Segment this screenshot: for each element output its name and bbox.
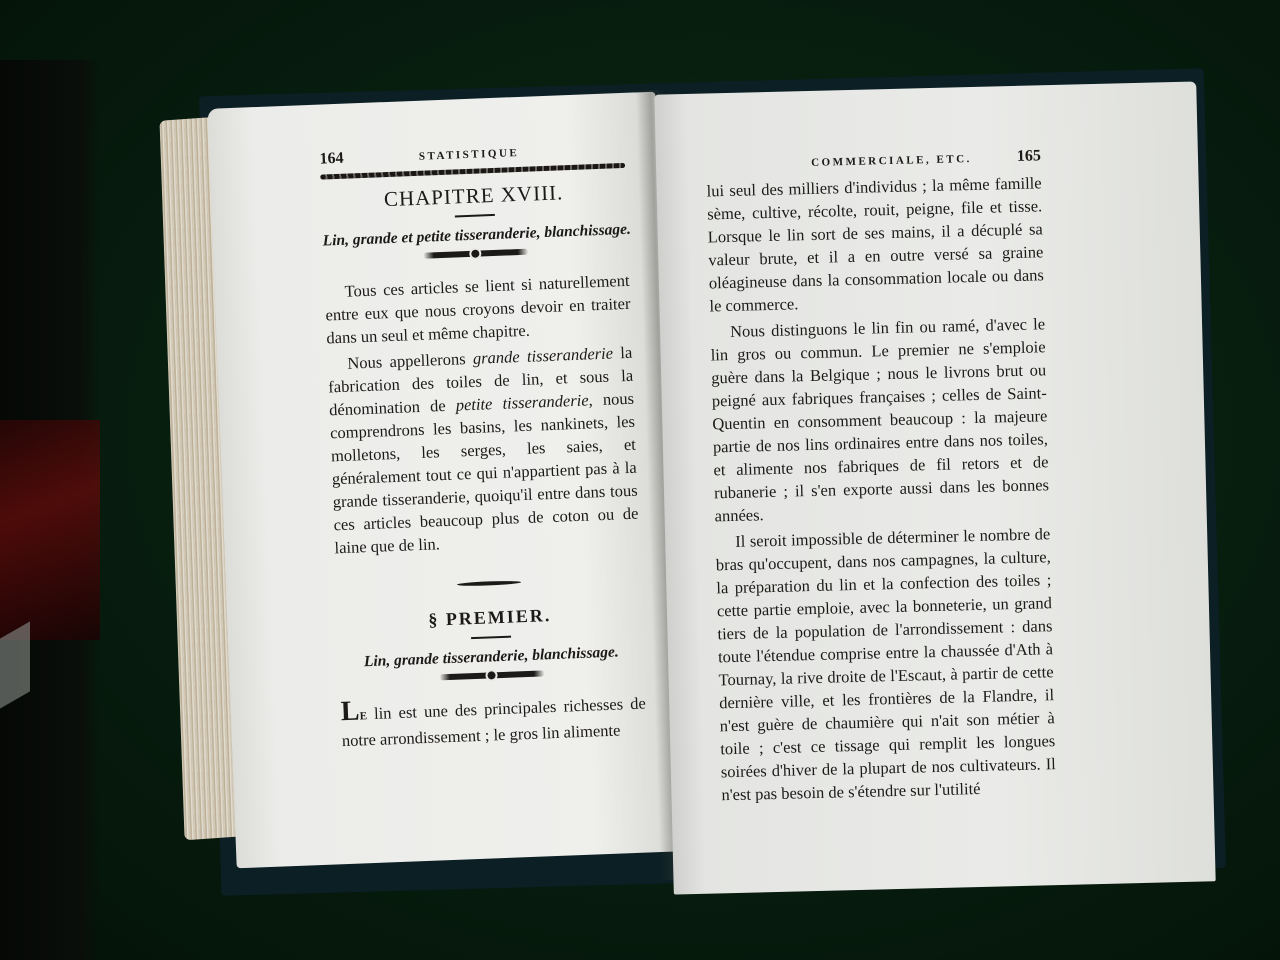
paragraph-1: Tous ces articles se lient si naturellem… xyxy=(324,269,631,350)
short-rule xyxy=(471,636,511,640)
chapter-subtitle: Lin, grande et petite tisseranderie, bla… xyxy=(322,221,627,251)
section-heading: § PREMIER. xyxy=(337,602,643,635)
text-run: Nous appellerons xyxy=(347,349,473,373)
section-subtitle: Lin, grande tisseranderie, blanchissage. xyxy=(339,643,644,673)
spacer xyxy=(706,167,766,168)
italic-term: grande tisseranderie xyxy=(473,344,614,368)
paragraph-2: Nous distinguons le lin fin ou ramé, d'a… xyxy=(710,312,1050,527)
chapter-title: CHAPITRE XVIII. xyxy=(321,178,627,215)
paragraph-2: Nous appellerons grande tisseranderie la… xyxy=(327,341,640,560)
vignette-ornament xyxy=(423,249,528,259)
text-run: lin est une des principales richesses de… xyxy=(342,694,647,751)
running-head-title-right: COMMERCIALE, ETC. xyxy=(811,153,972,169)
spacer xyxy=(595,152,625,153)
short-rule xyxy=(454,214,494,218)
paragraph-1: lui seul des milliers d'individus ; la m… xyxy=(706,171,1044,317)
page-number-left: 164 xyxy=(319,150,344,169)
right-running-head: COMMERCIALE, ETC. 165 xyxy=(706,147,1041,173)
left-page-text-block: 164 STATISTIQUE CHAPITRE XVIII. Lin, gra… xyxy=(319,139,647,755)
running-head-title-left: STATISTIQUE xyxy=(419,147,520,163)
left-page: 164 STATISTIQUE CHAPITRE XVIII. Lin, gra… xyxy=(208,92,685,869)
italic-term: petite tisseranderie xyxy=(455,390,589,414)
right-page-text-block: COMMERCIALE, ETC. 165 lui seul des milli… xyxy=(706,147,1057,809)
paragraph-3: LE lin est une des principales richesses… xyxy=(340,691,647,753)
red-object-background xyxy=(0,420,100,640)
vignette-ornament xyxy=(439,670,544,680)
right-page: COMMERCIALE, ETC. 165 lui seul des milli… xyxy=(654,81,1215,894)
drop-cap: L xyxy=(340,696,360,728)
section-divider xyxy=(456,580,520,586)
page-number-right: 165 xyxy=(1017,147,1041,166)
paragraph-3: Il seroit impossible de déterminer le no… xyxy=(715,522,1057,806)
